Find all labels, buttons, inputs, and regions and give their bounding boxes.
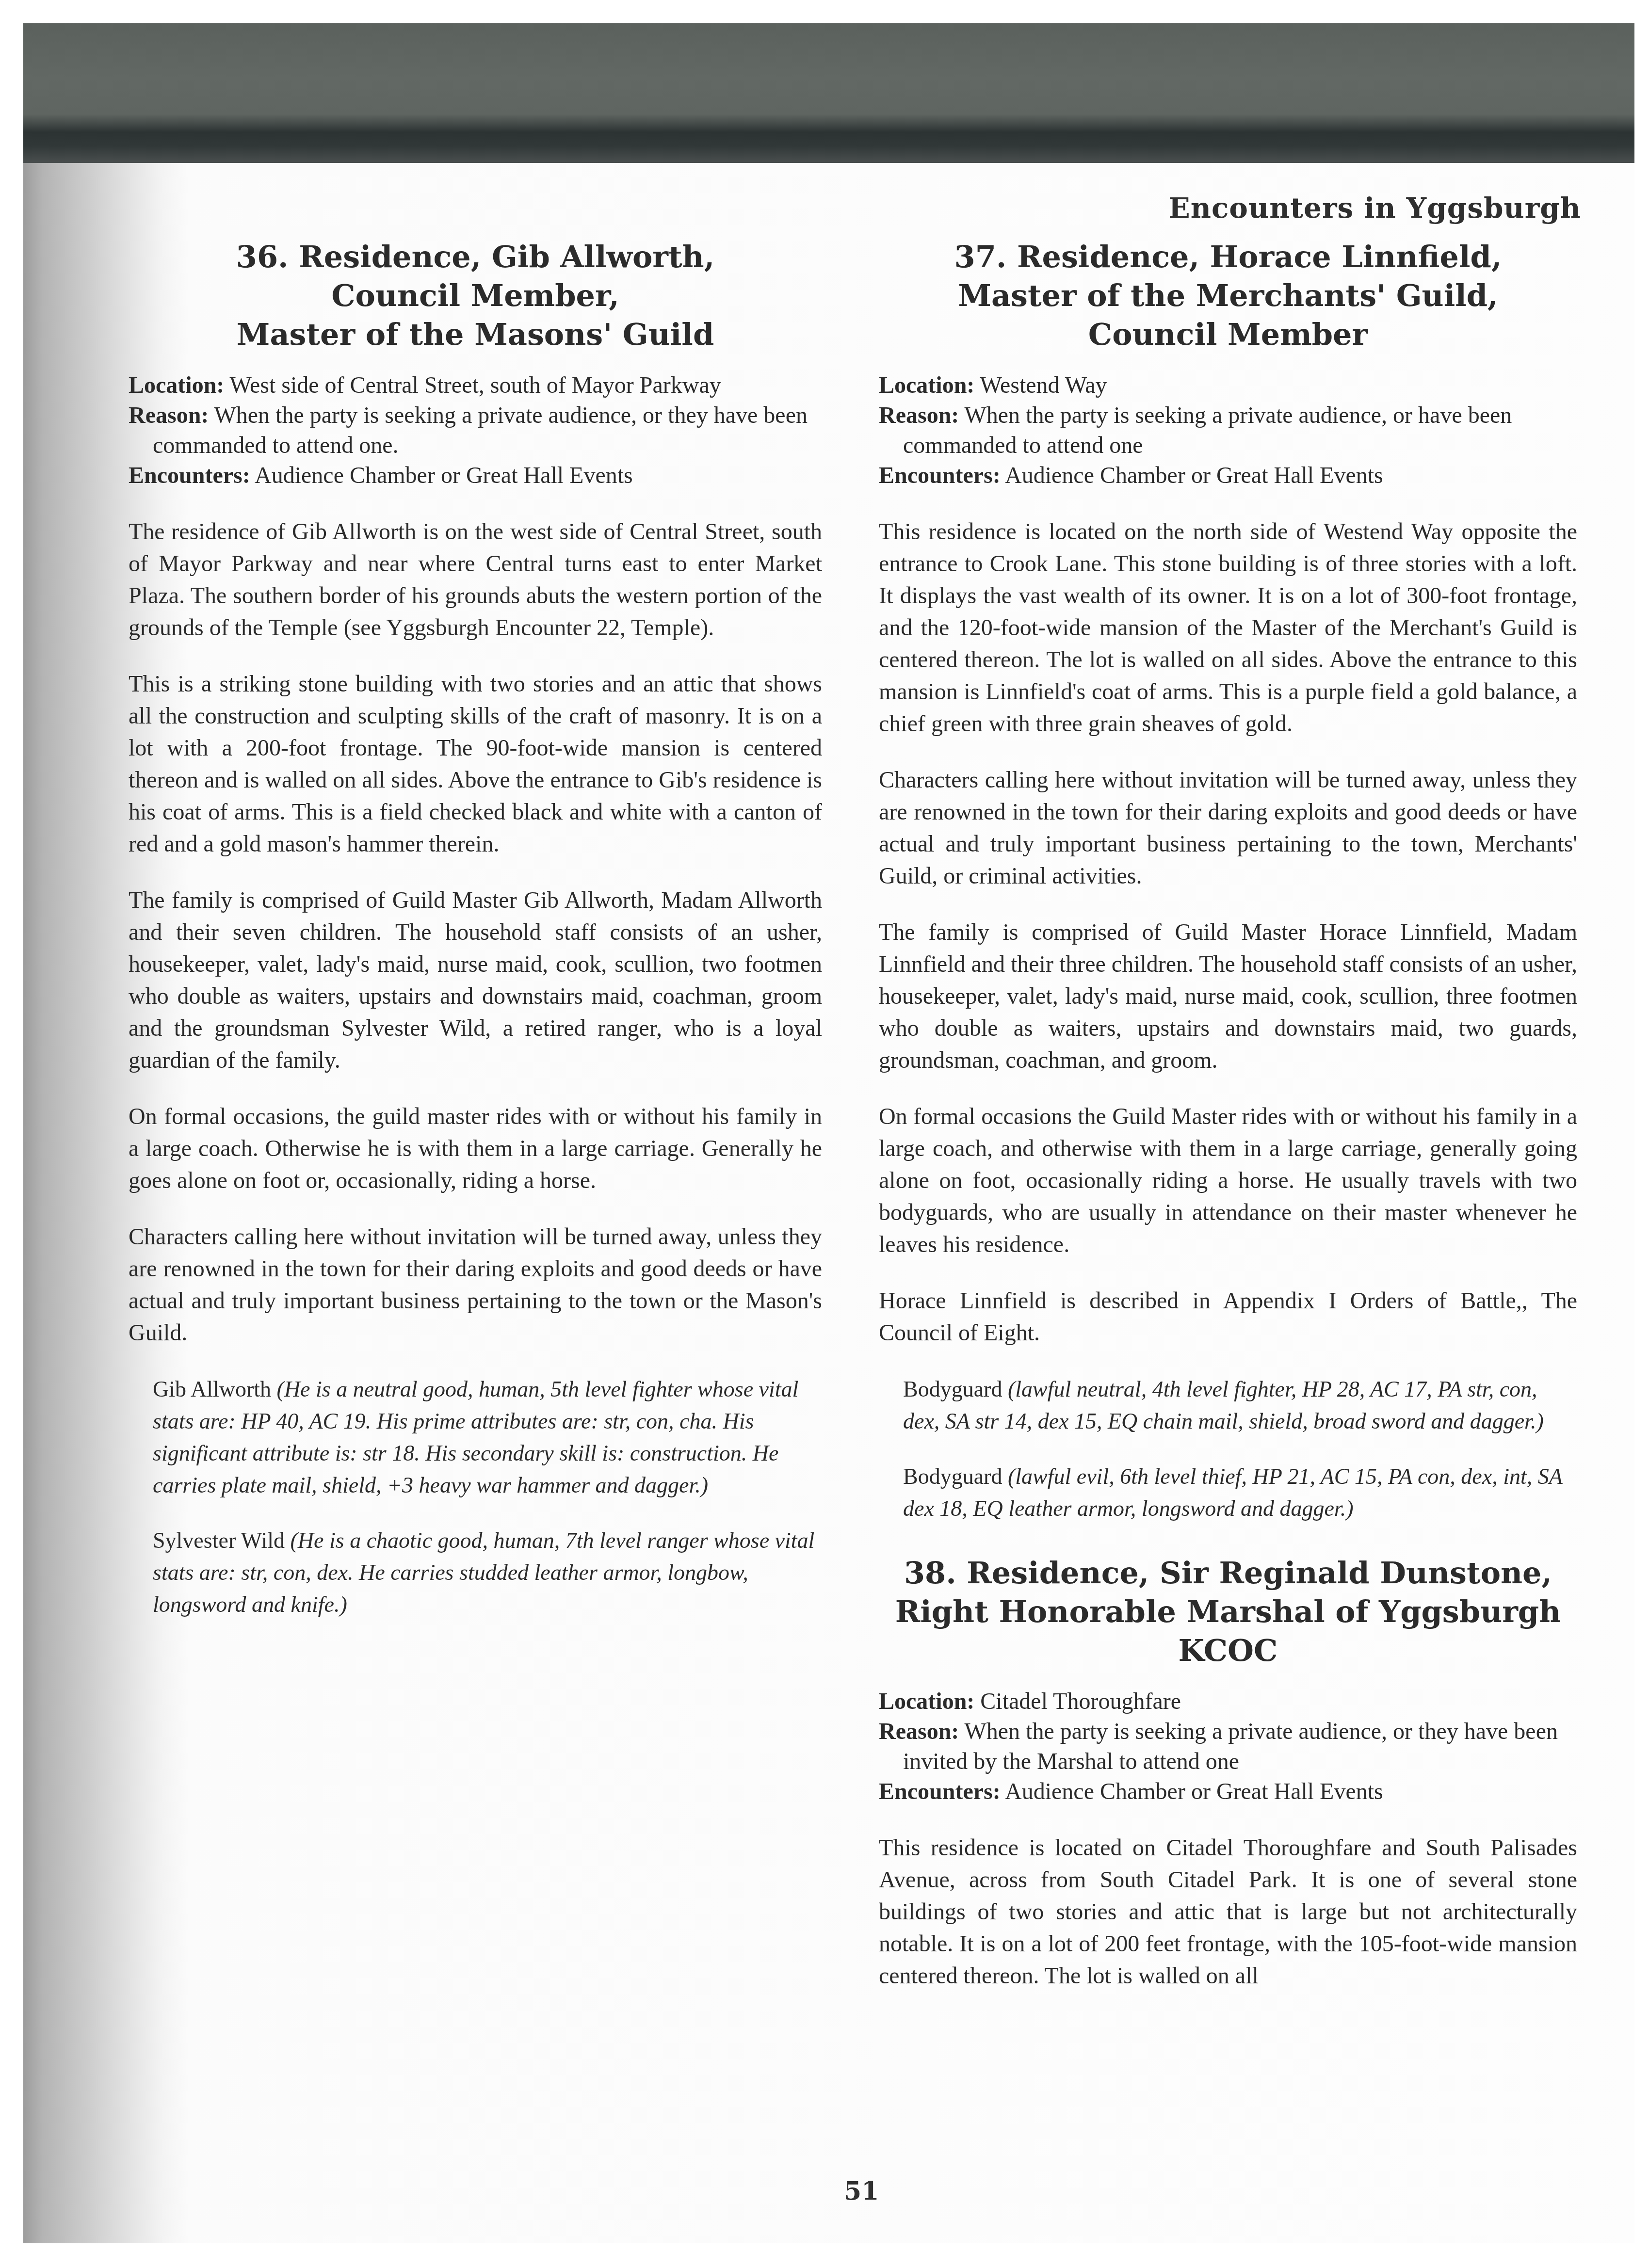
heading-line: 36. Residence, Gib Allworth, [129,238,822,276]
encounters-line: Encounters: Audience Chamber or Great Ha… [879,1777,1577,1807]
body-paragraph: Characters calling here without invitati… [879,764,1577,892]
reason-label: Reason: [129,402,209,428]
heading-line: 37. Residence, Horace Linnfield, [879,238,1577,276]
body-paragraph: This is a striking stone building with t… [129,668,822,860]
heading-line: Master of the Merchants' Guild, [879,276,1577,315]
stat-name: Bodyguard [903,1377,1002,1401]
reason-value: When the party is seeking a private audi… [903,402,1512,458]
stat-block: Sylvester Wild (He is a chaotic good, hu… [153,1525,822,1621]
location-value: Westend Way [980,372,1107,398]
encounters-value: Audience Chamber or Great Hall Events [1005,463,1383,488]
location-line: Location: West side of Central Street, s… [129,370,822,401]
heading-line: 38. Residence, Sir Reginald Dunstone, [879,1554,1577,1592]
location-label: Location: [879,1689,974,1714]
reason-line: Reason: When the party is seeking a priv… [879,1717,1577,1777]
encounters-line: Encounters: Audience Chamber or Great Ha… [129,461,822,491]
encounters-line: Encounters: Audience Chamber or Great Ha… [879,461,1577,491]
right-column: 37. Residence, Horace Linnfield, Master … [879,238,1577,2016]
heading-line: Council Member, [129,276,822,315]
stat-name: Bodyguard [903,1464,1002,1489]
body-paragraph: Horace Linnfield is described in Appendi… [879,1285,1577,1349]
page-number: 51 [844,2176,879,2206]
reason-line: Reason: When the party is seeking a priv… [879,401,1577,461]
encounters-label: Encounters: [879,1779,1001,1804]
location-value: Citadel Thoroughfare [980,1689,1181,1714]
stat-block: Bodyguard (lawful evil, 6th level thief,… [903,1461,1577,1525]
stat-block: Gib Allworth (He is a neutral good, huma… [153,1373,822,1501]
stat-details: (lawful evil, 6th level thief, HP 21, AC… [903,1464,1562,1521]
body-paragraph: This residence is located on Citadel Tho… [879,1832,1577,1992]
running-head: Encounters in Yggsburgh [1169,192,1581,225]
body-paragraph: The residence of Gib Allworth is on the … [129,516,822,644]
reason-label: Reason: [879,402,959,428]
entry-37-meta: Location: Westend Way Reason: When the p… [879,370,1577,491]
encounters-label: Encounters: [879,463,1001,488]
entry-37-heading: 37. Residence, Horace Linnfield, Master … [879,238,1577,354]
heading-line: KCOC [879,1631,1577,1670]
entry-38-meta: Location: Citadel Thoroughfare Reason: W… [879,1687,1577,1807]
body-paragraph: Characters calling here without invitati… [129,1221,822,1349]
entry-38-heading: 38. Residence, Sir Reginald Dunstone, Ri… [879,1554,1577,1670]
stat-name: Sylvester Wild [153,1528,285,1553]
heading-line: Master of the Masons' Guild [129,315,822,354]
stat-block: Bodyguard (lawful neutral, 4th level fig… [903,1373,1577,1437]
location-value: West side of Central Street, south of Ma… [229,372,721,398]
body-paragraph: The family is comprised of Guild Master … [879,917,1577,1077]
location-label: Location: [129,372,224,398]
entry-36-heading: 36. Residence, Gib Allworth, Council Mem… [129,238,822,354]
reason-value: When the party is seeking a private audi… [903,1719,1558,1774]
location-line: Location: Westend Way [879,370,1577,401]
encounters-label: Encounters: [129,463,250,488]
reason-line: Reason: When the party is seeking a priv… [129,401,822,461]
entry-36-meta: Location: West side of Central Street, s… [129,370,822,491]
stat-name: Gib Allworth [153,1377,271,1401]
reason-value: When the party is seeking a private audi… [153,402,808,458]
body-paragraph: On formal occasions the Guild Master rid… [879,1101,1577,1261]
encounters-value: Audience Chamber or Great Hall Events [1005,1779,1383,1804]
encounters-value: Audience Chamber or Great Hall Events [255,463,633,488]
location-label: Location: [879,372,974,398]
heading-line: Right Honorable Marshal of Yggsburgh [879,1592,1577,1631]
body-paragraph: This residence is located on the north s… [879,516,1577,740]
left-column: 36. Residence, Gib Allworth, Council Mem… [129,238,822,1644]
body-paragraph: The family is comprised of Guild Master … [129,885,822,1077]
heading-line: Council Member [879,315,1577,354]
location-line: Location: Citadel Thoroughfare [879,1687,1577,1717]
body-paragraph: On formal occasions, the guild master ri… [129,1101,822,1197]
reason-label: Reason: [879,1719,959,1744]
scanner-shadow-band [23,23,1634,163]
